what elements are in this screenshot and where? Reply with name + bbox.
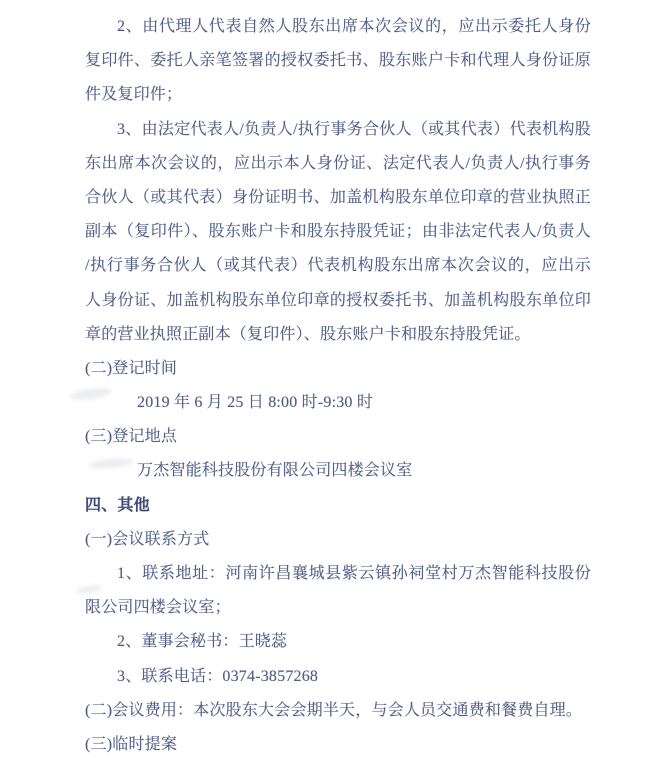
text-line-13: (三)登记地点	[85, 420, 591, 454]
text-line-16: (一)会议联系方式	[85, 523, 591, 557]
text-line-18: 限公司四楼会议室；	[85, 591, 591, 625]
text-line-17: 1、联系地址：河南许昌襄城县紫云镇孙祠堂村万杰智能科技股份有	[85, 557, 591, 591]
text-line-3: 件及复印件；	[85, 78, 591, 112]
text-line-21: (二)会议费用：本次股东大会会期半天，与会人员交通费和餐费自理。	[85, 694, 591, 728]
text-line-8: /执行事务合伙人（或其代表）代表机构股东出席本次会议的，应出示本	[85, 249, 591, 283]
text-line-6: 合伙人（或其代表）身份证明书、加盖机构股东单位印章的营业执照正	[85, 181, 591, 215]
text-line-7: 副本（复印件）、股东账户卡和股东持股凭证；由非法定代表人/负责人	[85, 215, 591, 249]
text-line-4: 3、由法定代表人/负责人/执行事务合伙人（或其代表）代表机构股	[85, 113, 591, 147]
text-line-19: 2、董事会秘书：王晓蕊	[85, 625, 591, 659]
text-line-5: 东出席本次会议的，应出示本人身份证、法定代表人/负责人/执行事务	[85, 147, 591, 181]
text-line-15: 四、其他	[85, 489, 591, 523]
text-line-10: 章的营业执照正副本（复印件）、股东账户卡和股东持股凭证。	[85, 318, 591, 352]
text-line-9: 人身份证、加盖机构股东单位印章的授权委托书、加盖机构股东单位印	[85, 284, 591, 318]
text-line-20: 3、联系电话：0374-3857268	[85, 660, 591, 694]
text-line-12: 2019 年 6 月 25 日 8:00 时-9:30 时	[85, 386, 591, 420]
text-line-1: 2、由代理人代表自然人股东出席本次会议的，应出示委托人身份证	[85, 10, 591, 44]
text-line-11: (二)登记时间	[85, 352, 591, 386]
text-line-2: 复印件、委托人亲笔签署的授权委托书、股东账户卡和代理人身份证原	[85, 44, 591, 78]
text-line-14: 万杰智能科技股份有限公司四楼会议室	[85, 454, 591, 488]
text-line-22: (三)临时提案	[85, 728, 591, 762]
document-page: 2、由代理人代表自然人股东出席本次会议的，应出示委托人身份证复印件、委托人亲笔签…	[0, 0, 660, 770]
